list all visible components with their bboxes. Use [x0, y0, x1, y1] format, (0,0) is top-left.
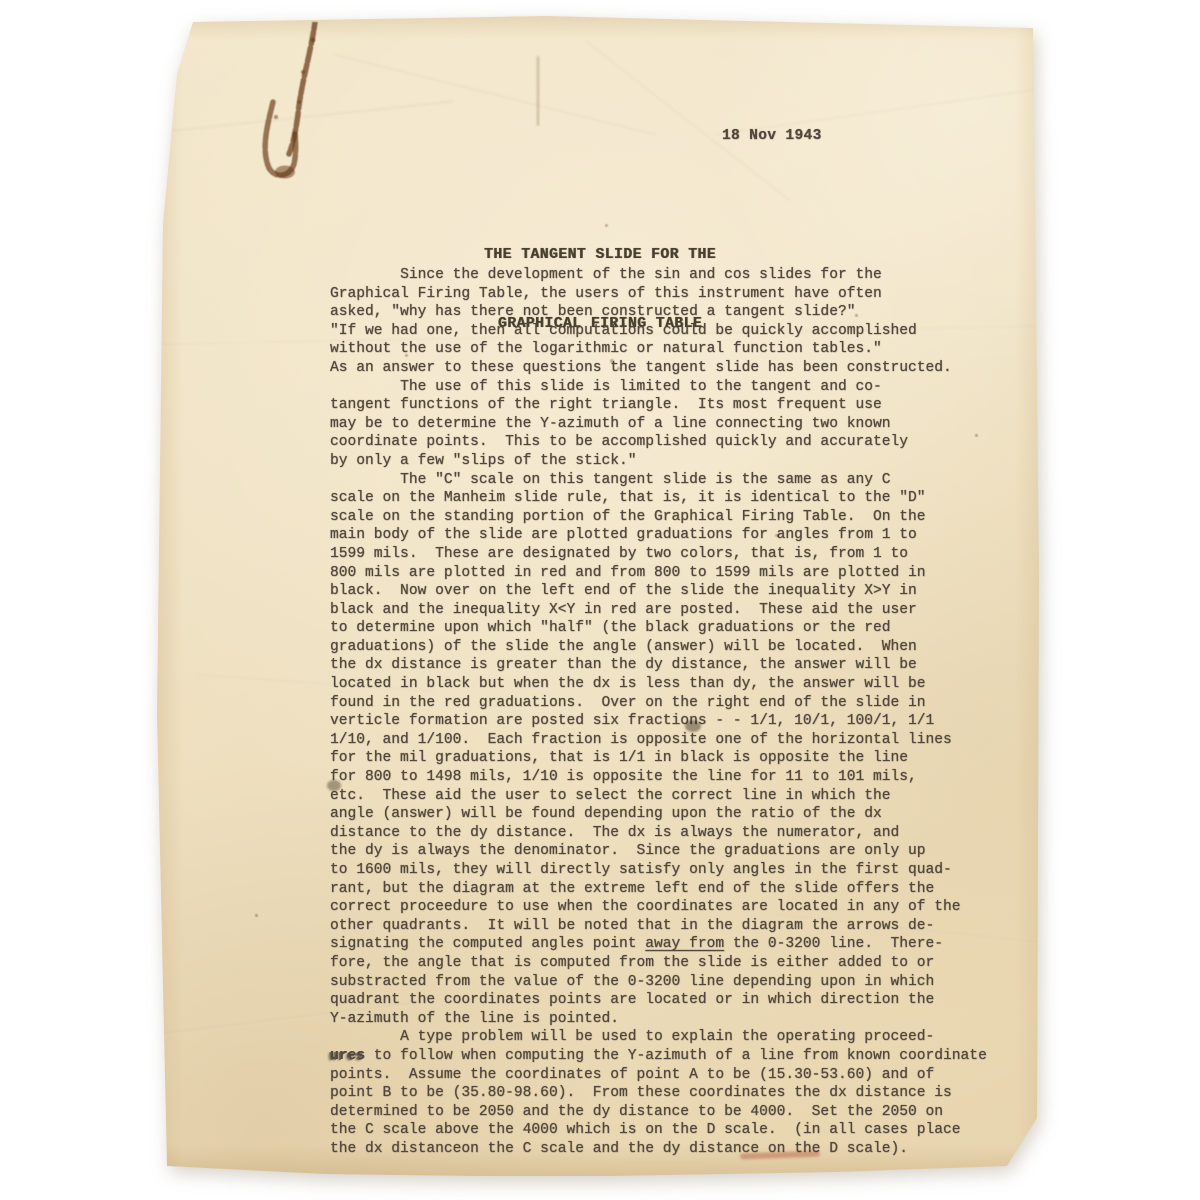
body-text-part-3: to follow when computing the Y-azimuth o… [330, 1048, 987, 1157]
document-page: 18 Nov 1943 THE TANGENT SLIDE FOR THE GR… [155, 14, 1043, 1176]
document-date: 18 Nov 1943 [722, 128, 822, 144]
paper-crease [335, 54, 656, 137]
paperclip-rust-stain [243, 22, 363, 187]
paper-shadow-wrap: 18 Nov 1943 THE TANGENT SLIDE FOR THE GR… [0, 0, 1200, 1200]
paper-crease [155, 101, 454, 135]
scan-background: 18 Nov 1943 THE TANGENT SLIDE FOR THE GR… [0, 0, 1200, 1200]
overstruck-word: ures [330, 1048, 365, 1064]
document-body: Since the development of the sin and cos… [330, 266, 1030, 1159]
underlined-phrase: away from [645, 936, 724, 952]
body-text-part-2: the 0-3200 line. There- fore, the angle … [330, 936, 943, 1045]
paper-crease [584, 40, 791, 202]
body-text-part-1: Since the development of the sin and cos… [330, 267, 961, 952]
dirt-streak [537, 56, 539, 126]
foxing-speck [255, 914, 258, 917]
title-line-1: THE TANGENT SLIDE FOR THE [484, 244, 716, 267]
